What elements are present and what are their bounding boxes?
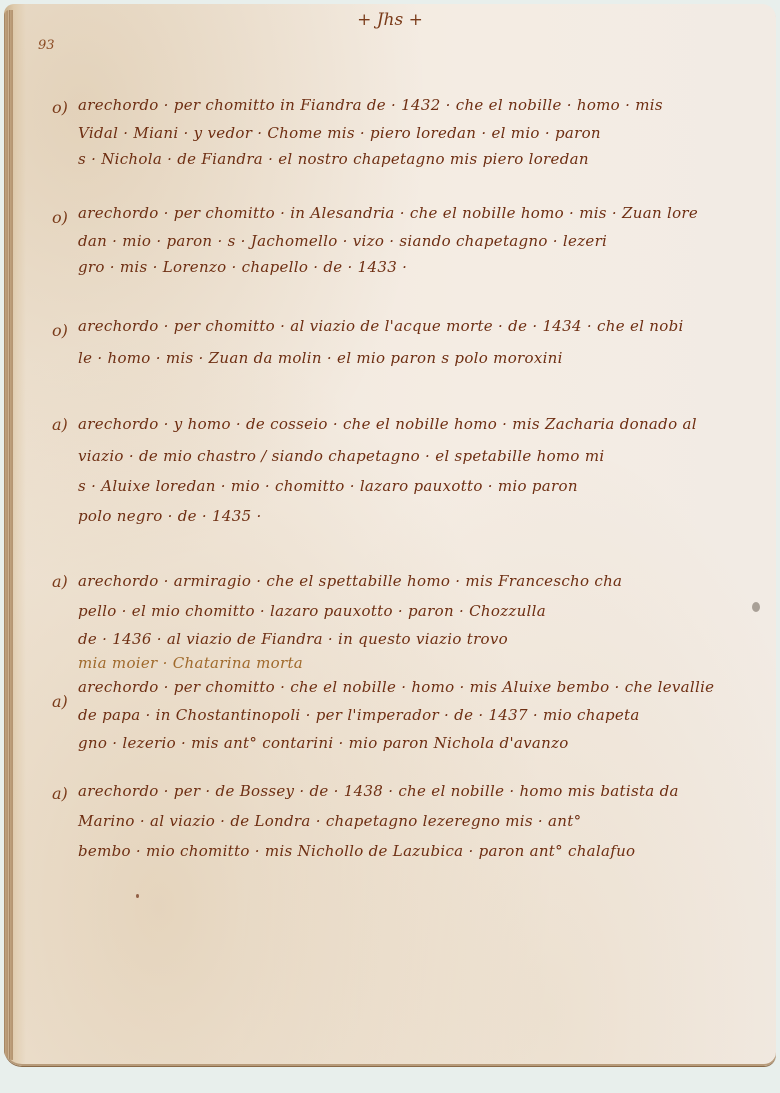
entry-marker: a) bbox=[52, 692, 68, 711]
folio-number: 93 bbox=[38, 38, 55, 53]
entry-line: Vidal · Miani · y vedor · Chome mis · pi… bbox=[78, 124, 601, 142]
entry-marker: a) bbox=[52, 415, 68, 434]
entry-7: a) arechordo · per · de Bossey · de · 14… bbox=[52, 776, 732, 866]
ink-speck bbox=[136, 894, 139, 898]
entry-marker: o) bbox=[52, 208, 68, 227]
entry-line: arechordo · per chomitto · che el nobill… bbox=[78, 678, 714, 696]
entry-line: pello · el mio chomitto · lazaro pauxott… bbox=[78, 602, 546, 620]
entry-line: s · Nichola · de Fiandra · el nostro cha… bbox=[78, 150, 589, 168]
entry-line: polo negro · de · 1435 · bbox=[78, 507, 262, 525]
entry-6: a) arechordo · per chomitto · che el nob… bbox=[52, 670, 732, 760]
page-binding-edge bbox=[4, 10, 13, 1060]
entry-marker: o) bbox=[52, 98, 68, 117]
entry-line: bembo · mio chomitto · mis Nichollo de L… bbox=[78, 842, 635, 860]
ink-blot bbox=[752, 602, 760, 612]
entry-line: gno · lezerio · mis ant° contarini · mio… bbox=[78, 734, 569, 752]
entry-line: arechordo · per chomitto · al viazio de … bbox=[78, 317, 684, 335]
entry-line: arechordo · armiragio · che el spettabil… bbox=[78, 572, 622, 590]
entry-line: arechordo · per chomitto · in Alesandria… bbox=[78, 204, 698, 222]
header-invocation: + Jhs + bbox=[4, 10, 776, 30]
entry-marker: o) bbox=[52, 321, 68, 340]
entry-line: le · homo · mis · Zuan da molin · el mio… bbox=[78, 349, 563, 367]
entry-line: arechordo · per · de Bossey · de · 1438 … bbox=[78, 782, 679, 800]
entry-2: o) arechordo · per chomitto · in Alesand… bbox=[52, 194, 732, 284]
entry-1: o) arechordo · per chomitto in Fiandra d… bbox=[52, 70, 732, 170]
entry-line: de papa · in Chostantinopoli · per l'imp… bbox=[78, 706, 640, 724]
entry-line: arechordo · y homo · de cosseio · che el… bbox=[78, 415, 697, 433]
entry-5: a) arechordo · armiragio · che el spetta… bbox=[52, 564, 732, 674]
entry-line: arechordo · per chomitto in Fiandra de ·… bbox=[78, 96, 663, 114]
manuscript-page: + Jhs + 93 o) arechordo · per chomitto i… bbox=[4, 4, 776, 1066]
entry-line: gro · mis · Lorenzo · chapello · de · 14… bbox=[78, 258, 407, 276]
entry-marker: a) bbox=[52, 784, 68, 803]
entry-line: de · 1436 · al viazio de Fiandra · in qu… bbox=[78, 630, 508, 648]
entry-line: dan · mio · paron · s · Jachomello · viz… bbox=[78, 232, 607, 250]
entry-line: Marino · al viazio · de Londra · chapeta… bbox=[78, 812, 581, 830]
entry-marker: a) bbox=[52, 572, 68, 591]
entry-line: s · Aluixe loredan · mio · chomitto · la… bbox=[78, 477, 578, 495]
entry-3: o) arechordo · per chomitto · al viazio … bbox=[52, 309, 732, 369]
entry-line: viazio · de mio chastro / siando chapeta… bbox=[78, 447, 604, 465]
entry-4: a) arechordo · y homo · de cosseio · che… bbox=[52, 409, 732, 529]
